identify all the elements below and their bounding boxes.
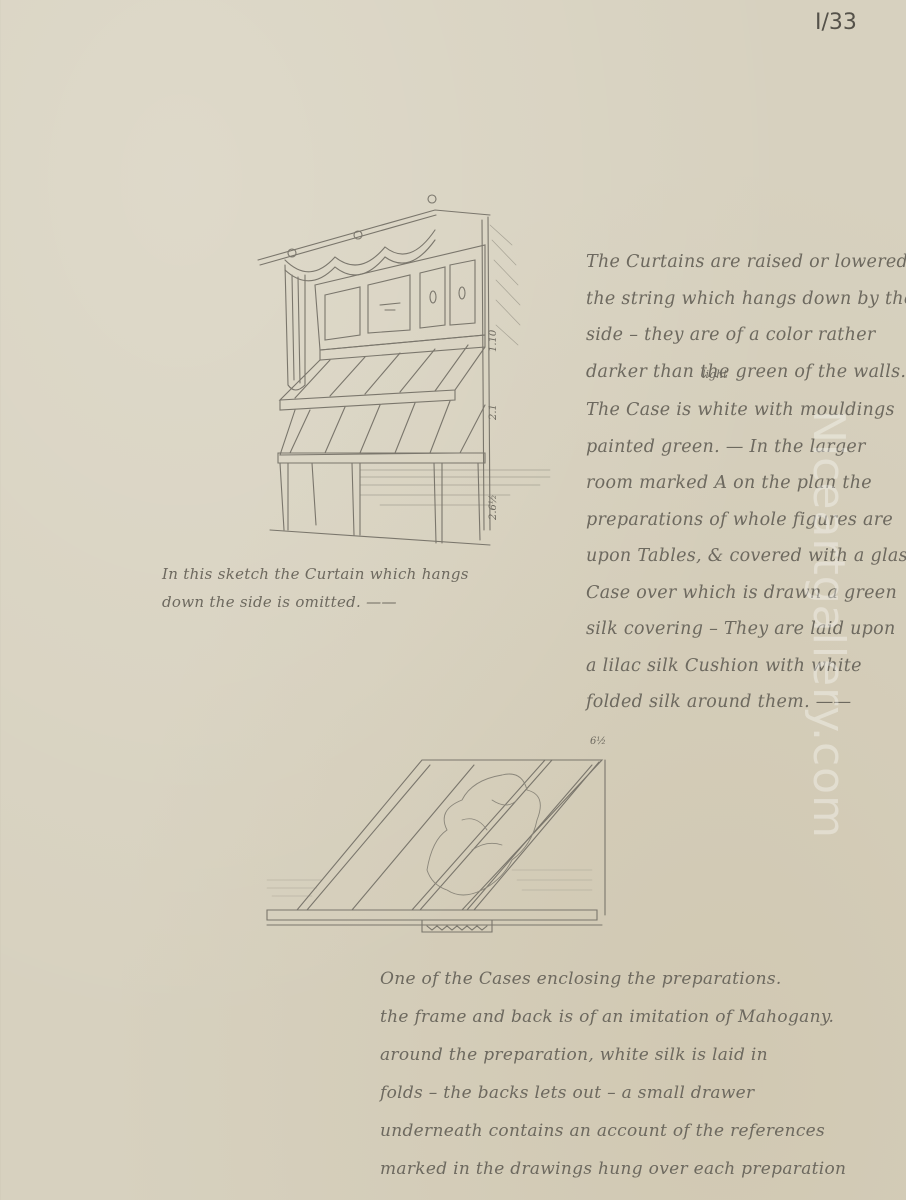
note-line: room marked A on the plan the xyxy=(586,465,906,502)
notes-right: The Curtains are raised or lowered by th… xyxy=(586,244,906,721)
note-line: side – they are of a color rather xyxy=(586,317,906,354)
caption-line: In this sketch the Curtain which hangs xyxy=(162,560,469,588)
note-line: The Case is white with mouldings xyxy=(586,392,906,429)
note-line: One of the Cases enclosing the preparati… xyxy=(380,960,846,998)
note-line: silk covering – They are laid upon xyxy=(586,611,906,648)
note-line: marked in the drawings hung over each pr… xyxy=(380,1150,846,1188)
display-case-sketch xyxy=(250,185,560,555)
caption-line: down the side is omitted. —— xyxy=(162,588,469,616)
dimension-label: 6½ xyxy=(590,736,606,747)
notes-bottom: One of the Cases enclosing the preparati… xyxy=(380,960,846,1188)
note-line: the frame and back is of an imitation of… xyxy=(380,998,846,1036)
note-line: folded silk around them. —— xyxy=(586,684,906,721)
watermark: Niceartgallery.com xyxy=(803,410,854,839)
note-line: folds – the backs lets out – a small dra… xyxy=(380,1074,846,1112)
note-line: upon Tables, & covered with a glass xyxy=(586,538,906,575)
dimension-label: 1.10 xyxy=(488,330,499,352)
page-number: I/33 xyxy=(815,10,857,35)
note-line: a lilac silk Cushion with white xyxy=(586,648,906,685)
note-line: preparations of whole figures are xyxy=(586,502,906,539)
glass-case-sketch xyxy=(262,720,612,940)
dimension-label: 2.1 xyxy=(488,404,499,420)
sketch-caption: In this sketch the Curtain which hangs d… xyxy=(162,560,469,616)
note-line: the string which hangs down by the xyxy=(586,281,906,318)
dimension-label: 2.6½ xyxy=(488,494,499,520)
note-line: darker than the green of the walls. xyxy=(586,354,906,391)
note-line: around the preparation, white silk is la… xyxy=(380,1036,846,1074)
note-line: underneath contains an account of the re… xyxy=(380,1112,846,1150)
note-line: Case over which is drawn a green xyxy=(586,575,906,612)
note-line: painted green. — In the larger xyxy=(586,429,906,466)
note-line: The Curtains are raised or lowered by xyxy=(586,244,906,281)
